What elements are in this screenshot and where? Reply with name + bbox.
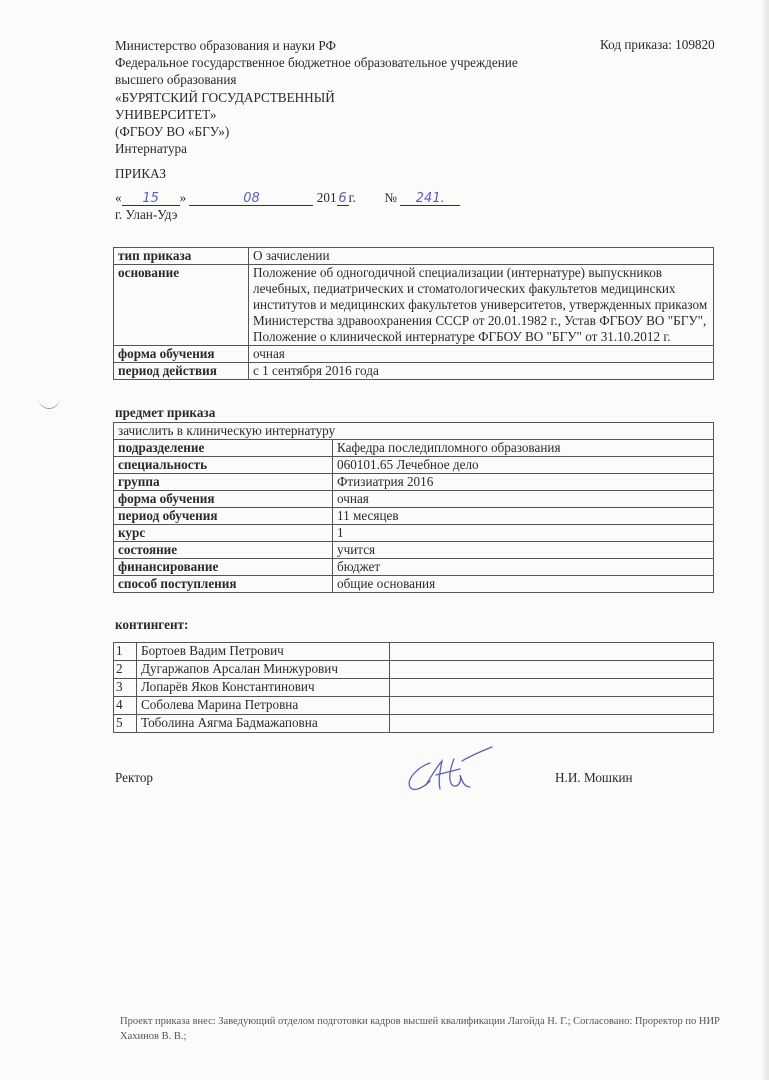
document-page: Министерство образования и науки РФ Феде… [0,0,769,1080]
header-line: Министерство образования и науки РФ [115,37,518,54]
header-line: «БУРЯТСКИЙ ГОСУДАРСТВЕННЫЙ [115,89,518,106]
city: г. Улан-Удэ [115,207,177,223]
month-field: 08 [189,190,313,206]
table-row: подразделениеКафедра последипломного обр… [114,440,714,457]
year-digit-field: 6 [337,190,349,206]
table-row: период обучения11 месяцев [114,508,714,525]
table-row: зачислить в клиническую интернатуру [114,423,714,440]
header-line: (ФГБОУ ВО «БГУ») [115,123,518,140]
table-row: 2Дугаржапов Арсалан Минжурович [114,661,714,679]
table-row: период действияс 1 сентября 2016 года [114,363,714,380]
table-row: тип приказаО зачислении [114,248,714,265]
day-field: 15 [122,190,180,206]
signer-name: Н.И. Мошкин [555,770,633,786]
table-row: 3Лопарёв Яков Константинович [114,679,714,697]
punch-hole-mark [38,386,60,409]
order-title: ПРИКАЗ [115,166,166,182]
table-row: 4Соболева Марина Петровна [114,697,714,715]
order-number-field: 241. [400,190,460,206]
header-line: высшего образования [115,71,518,88]
table-row: финансированиебюджет [114,559,714,576]
table-row: форма обученияочная [114,491,714,508]
table-row: 5Тоболина Аягма Бадмажаповна [114,715,714,733]
table-row: группаФтизиатрия 2016 [114,474,714,491]
subject-title: предмет приказа [115,405,215,421]
organization-header: Министерство образования и науки РФ Феде… [115,37,518,157]
table-row: способ поступленияобщие основания [114,576,714,593]
page-edge [763,0,769,1080]
table-row: состояниеучится [114,542,714,559]
header-line: Федеральное государственное бюджетное об… [115,54,518,71]
table-row: форма обученияочная [114,346,714,363]
order-date-line: «15» 08 2016г. № 241. [115,190,460,206]
order-info-table: тип приказаО зачислении основаниеПоложен… [113,247,714,380]
handwritten-signature [400,745,510,795]
table-row: курс1 [114,525,714,542]
table-row: 1Бортоев Вадим Петрович [114,643,714,661]
contingent-title: контингент: [115,617,188,633]
header-line: УНИВЕРСИТЕТ» [115,106,518,123]
subject-table: зачислить в клиническую интернатуру подр… [113,422,714,593]
table-row: специальность060101.65 Лечебное дело [114,457,714,474]
table-row: основаниеПоложение об одногодичной специ… [114,265,714,346]
header-line: Интернатура [115,140,518,157]
order-code: Код приказа: 109820 [600,37,715,53]
footer-note: Проект приказа внес: Заведующий отделом … [120,1014,720,1044]
signer-position: Ректор [115,770,153,786]
contingent-table: 1Бортоев Вадим Петрович 2Дугаржапов Арса… [113,642,714,733]
